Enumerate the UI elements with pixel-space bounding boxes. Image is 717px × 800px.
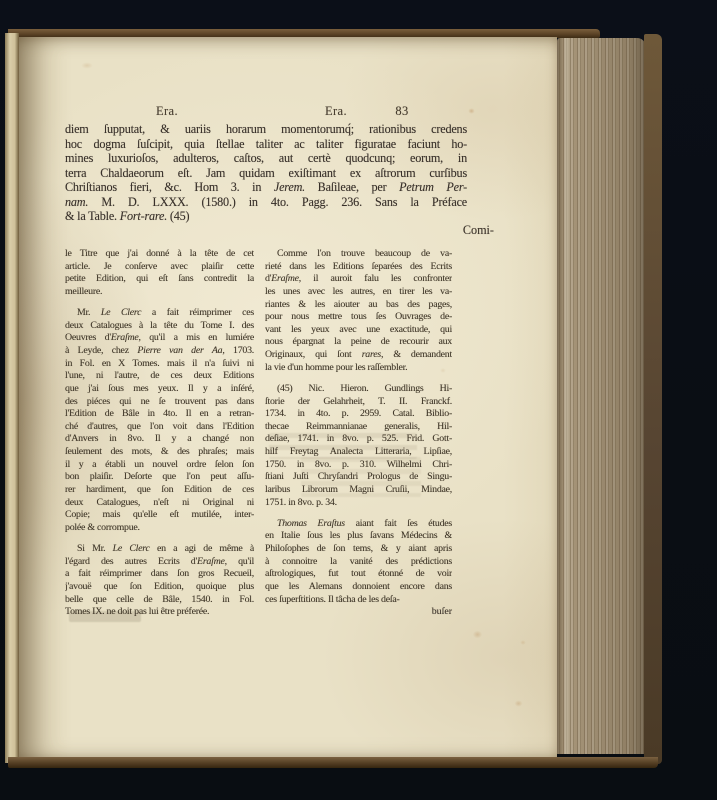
text-line: Thomas Eraſtus aiant fait ſes études — [265, 518, 452, 531]
text-line: 1750. in 8vo. p. 310. Wilhelmi Chri- — [265, 459, 452, 472]
book-cover-edge — [644, 34, 662, 764]
text-line: ſtorie der Gelahrheit, T. II. Franckf. — [265, 396, 452, 409]
italic-text: Fort-rare. — [120, 209, 167, 223]
text-line: & la Table. Fort-rare. (45) — [65, 209, 467, 224]
text-line: aſtrologiques, fut tout étonné de voir — [265, 568, 452, 581]
text-line: petite Edition, qui eſt ſans contredit l… — [65, 273, 254, 286]
text-line: Comme l'on trouve beaucoup de va- — [265, 248, 452, 261]
fore-edge-page-stack — [557, 38, 646, 754]
italic-text: Eraſme — [197, 556, 225, 567]
paragraph: (45) Nic. Hieron. Gundlings Hi-ſtorie de… — [265, 383, 452, 509]
text-line: il y a établi un nouvel ordre ſelon ſon — [65, 459, 254, 472]
italic-text: Jerem. — [274, 180, 305, 194]
text-line: 1734. in 4to. p. 2959. Catal. Biblio- — [265, 408, 452, 421]
running-title-left: Era. — [156, 104, 178, 119]
text-line: ſeulement des mots, & des phraſes; mais — [65, 446, 254, 459]
running-header: Era. Era. 83 — [19, 104, 557, 120]
text-line: meilleure. — [65, 286, 254, 299]
right-text-column: Comme l'on trouve beaucoup de va-rieté d… — [265, 248, 452, 606]
italic-text: Le Clerc — [101, 307, 141, 318]
italic-text: Petrum Per- — [399, 180, 467, 194]
text-line: rer hardiment, que ſon Edition de ces — [65, 484, 254, 497]
text-line: que les Alemans donnoient encore dans — [265, 581, 452, 594]
text-line: Originaux, qui ſont rares, & demandent — [265, 349, 452, 362]
text-line: à connoitre la vanité des prédictions — [265, 556, 452, 569]
text-line: 1751. in 8vo. p. 34. — [265, 497, 452, 510]
text-line: pour nous mettre tous ſes Ouvrages de- — [265, 311, 452, 324]
italic-text: Le Clerc — [113, 543, 150, 554]
text-line: l'égard des autres Ecrits d'Eraſme, qu'i… — [65, 556, 254, 569]
text-line: vant les yeux avec une exactitude, qui — [265, 324, 452, 337]
text-line: Si Mr. Le Clerc en a agi de même à — [65, 543, 254, 556]
text-line: ces ſuperſtitions. Il tâcha de les deſa- — [265, 594, 452, 607]
text-line: Mr. Le Clerc a fait réimprimer ces — [65, 307, 254, 320]
facing-page-edge — [5, 33, 19, 763]
text-line: d'Eraſme, il auroit falu les confronter — [265, 273, 452, 286]
text-line: ſtiani Juſti Chryſandri Prologus de Sing… — [265, 471, 452, 484]
text-line: la vie d'un homme pour les raſſembler. — [265, 362, 452, 375]
catchword-mid-page: Comi- — [65, 223, 494, 238]
text-line: rieté dans les Editions ſeparées des Ecr… — [265, 261, 452, 274]
text-line: j'avouë que ſon Edition, quoique plus — [65, 581, 254, 594]
text-line: mines luxurioſos, adulteros, caſtos, aut… — [65, 151, 467, 166]
text-line: l'Edition de Bâle in 4to. Il en a retran… — [65, 408, 254, 421]
text-line: nam. M. D. LXXX. (1580.) in 4to. Pagg. 2… — [65, 195, 467, 210]
text-line: Tomes IX. ne doit pas lui être préferée. — [65, 606, 254, 619]
text-line: laribus Librorum Magni Cruſii, Mindae, — [265, 484, 452, 497]
text-line: (45) Nic. Hieron. Gundlings Hi- — [265, 383, 452, 396]
text-line: Copie; mais qu'elle eſt mutilée, inter- — [65, 509, 254, 522]
text-line: en Italie ſous les plus ſavans Médecins … — [265, 530, 452, 543]
text-line: riantes & les aiouter au bas des pages, — [265, 299, 452, 312]
italic-text: Eraſme — [111, 332, 139, 343]
text-line: thecae Reimmannianae generalis, Hil- — [265, 421, 452, 434]
text-line: deſiae, 1741. in 8vo. p. 525. Frid. Gott… — [265, 433, 452, 446]
text-line: bon plaiſir. Deſorte que l'on peut aſſu- — [65, 471, 254, 484]
text-line: terra Chaldaeorum eſt. Jam quidam exiſti… — [65, 166, 467, 181]
book-photograph: Era. Era. 83 diem ſupputat, & uariis hor… — [0, 0, 717, 800]
text-line: le Titre que j'ai donné à la tête de cet — [65, 248, 254, 261]
text-line: Oeuvres d'Eraſme, qu'il a mis en lumiére — [65, 332, 254, 345]
age-stain — [519, 639, 527, 646]
text-line: Chriſtianos fieri, &c. Hom 3. in Jerem. … — [65, 180, 467, 195]
paragraph: le Titre que j'ai donné à la tête de cet… — [65, 248, 254, 299]
text-line: polée & corrompue. — [65, 522, 254, 535]
text-line: hoc dogma ſuſcipit, quia ſtellae taliter… — [65, 137, 467, 152]
text-line: d'Anvers in 8vo. Il y a changé non — [65, 433, 254, 446]
text-line: deux Catalogues, n'eſt ni Original ni — [65, 497, 254, 510]
text-line: deux Catalogues à la tête du Tome I. des — [65, 320, 254, 333]
catchword-bottom: buſer — [265, 606, 452, 617]
age-stain — [79, 61, 95, 70]
text-line: in Fol. en X Tomes. mais il n'a ſuivi ni — [65, 358, 254, 371]
text-line: à Leyde, chez Pierre van der Aa, 1703. — [65, 345, 254, 358]
text-line: hilf Freytag Analecta Litteraria, Lipſia… — [265, 446, 452, 459]
page-number: 83 — [395, 104, 408, 119]
book-bottom-edge — [8, 757, 658, 768]
book-page: Era. Era. 83 diem ſupputat, & uariis hor… — [19, 37, 557, 759]
text-line: belle que celle de Bâle, 1540. in Fol. — [65, 594, 254, 607]
left-text-column: le Titre que j'ai donné à la tête de cet… — [65, 248, 254, 619]
text-line: a fait réimprimer dans ſon gros Recueil, — [65, 568, 254, 581]
italic-text: rares — [362, 349, 381, 360]
text-line: des piéces qui ne ſe trouvent pas dans — [65, 396, 254, 409]
paragraph: Mr. Le Clerc a fait réimprimer cesdeux C… — [65, 307, 254, 535]
age-stain — [513, 699, 524, 708]
text-line: article. Je conſerve avec plaiſir cette — [65, 261, 254, 274]
paragraph: Thomas Eraſtus aiant fait ſes étudesen I… — [265, 518, 452, 606]
italic-text: nam. — [65, 195, 88, 209]
text-line: ché d'autres, que l'on voit dans l'Editi… — [65, 421, 254, 434]
text-line: nous épargnat la peine de recourir aux — [265, 336, 452, 349]
text-line: diem ſupputat, & uariis horarum momentor… — [65, 122, 467, 137]
text-line: l'une, ni l'autre, de ces deux Editions — [65, 370, 254, 383]
running-title-right: Era. — [325, 104, 347, 119]
paragraph: Si Mr. Le Clerc en a agi de même àl'égar… — [65, 543, 254, 619]
age-stain — [471, 629, 484, 640]
italic-text: Eraſme — [271, 273, 299, 284]
italic-text: Pierre van der Aa — [137, 345, 222, 356]
text-line: les unes avec les autres, en tirer les v… — [265, 286, 452, 299]
text-line: Philoſophes de ſon tems, & y aiant apris — [265, 543, 452, 556]
latin-quotation-paragraph: diem ſupputat, & uariis horarum momentor… — [65, 122, 467, 224]
italic-text: Thomas Eraſtus — [277, 518, 345, 529]
paragraph: diem ſupputat, & uariis horarum momentor… — [65, 122, 467, 224]
paragraph: Comme l'on trouve beaucoup de va-rieté d… — [265, 248, 452, 374]
text-line: que j'ai ſous mes yeux. Il y a inſéré, — [65, 383, 254, 396]
